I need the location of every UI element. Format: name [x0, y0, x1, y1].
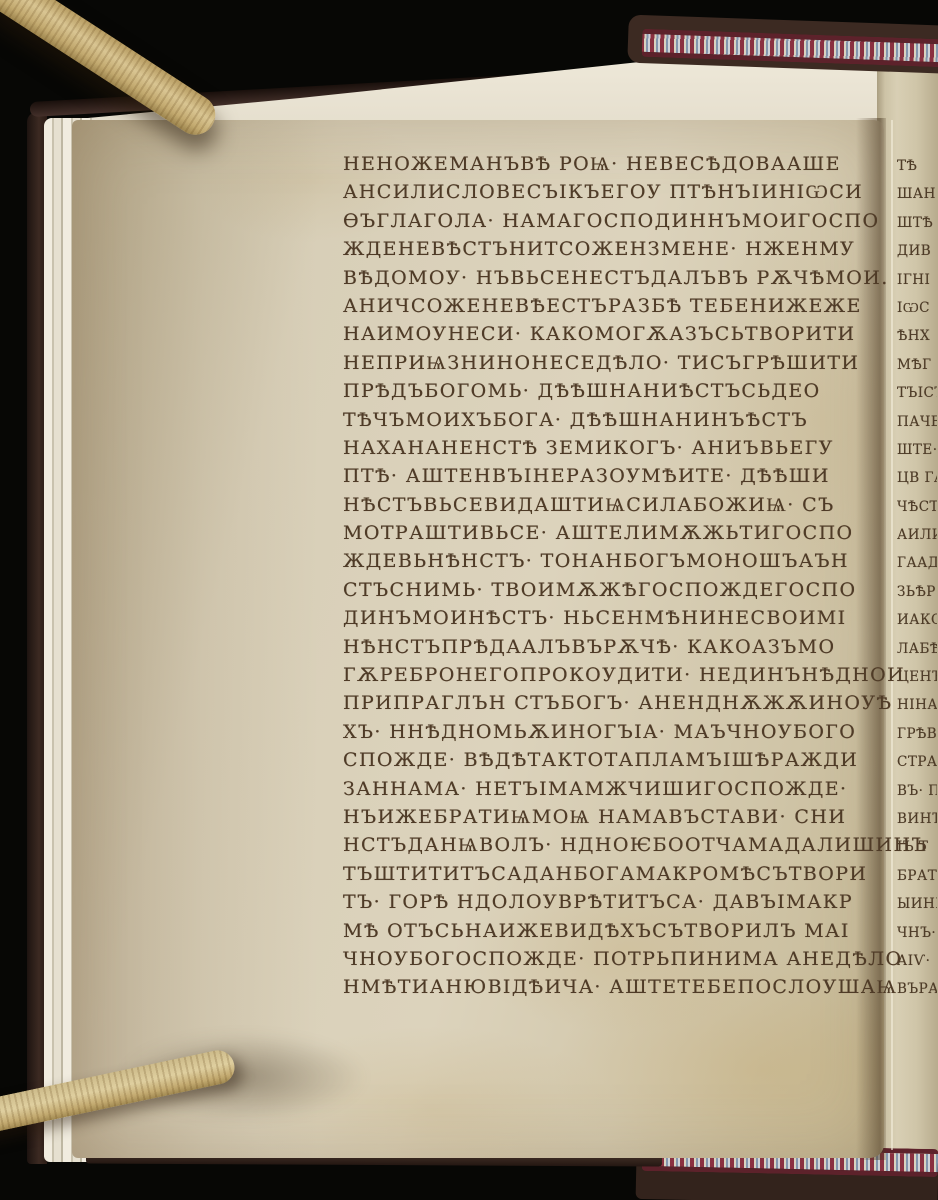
manuscript-line: ТЪШТИТИТЪСАДАНБОГАМАКРОМѢСЪТВОРИ: [343, 860, 891, 888]
right-page-edge-text: ТѢ ШАН ШТѢ ДИВ ІГНІ ІѠС ѢНХ МѢГ ТЪІСТ ПА…: [897, 152, 937, 1004]
manuscript-text-block: НЕНОЖЕМАНЪВѢ РОѨ· НЕВЕСѢДОВААШЕ АНСИЛИСЛ…: [343, 150, 891, 1002]
manuscript-line: НАИМОУНЕСИ· КАКОМОГѪАЗЪСЬТВОРИТИ: [343, 320, 891, 348]
edge-text-fragment: ІѠС: [897, 294, 937, 322]
manuscript-line: ТѢЧЪМОИХЪБОГА· ДѢѢШНАНИНЪѢСТЪ: [343, 406, 891, 434]
manuscript-line: ХЪ· ННѢДНОМЬѪИНОГЪІА· МАЪЧНОУБОГО: [343, 718, 891, 746]
edge-text-fragment: ШАН: [897, 180, 937, 208]
manuscript-line: СТЪСНИМЬ· ТВОИМѪЖѢГОСПОЖДЕГОСПО: [343, 576, 891, 604]
edge-text-fragment: ЧѢСТ: [897, 493, 937, 521]
manuscript-line: НАХАНАНЕНСТѢ ЗЕМИКОГЪ· АНИЪВЬЕГУ: [343, 434, 891, 462]
edge-text-fragment: МѢГ: [897, 351, 937, 379]
manuscript-photo-scene: НЕНОЖЕМАНЪВѢ РОѨ· НЕВЕСѢДОВААШЕ АНСИЛИСЛ…: [0, 0, 938, 1200]
edge-text-fragment: ШТѢ: [897, 209, 937, 237]
edge-text-fragment: БРАТХ: [897, 862, 937, 890]
manuscript-line: НѢСТЪВЬСЕВИДАШТИѨСИЛАБОЖИѨ· СЪ: [343, 491, 891, 519]
manuscript-line: НЕПРИѨЗНИНОНЕСЕДѢЛО· ТИСЪГРѢШИТИ: [343, 349, 891, 377]
manuscript-line: ТЪ· ГОРѢ НДОЛОУВРѢТИТЪСА· ДАВЪІМАКР: [343, 888, 891, 916]
manuscript-line: ѲЪГЛАГОЛА· НАМАГОСПОДИННЪМОИГОСПО: [343, 207, 891, 235]
manuscript-line: АНИЧСОЖЕНЕВѢЕСТЪРАЗБѢ ТЕБЕНИЖЕЖЕ: [343, 292, 891, 320]
manuscript-line: ЖДЕВЬНѢНСТЪ· ТОНАНБОГЪМОНОШЪАЪН: [343, 547, 891, 575]
edge-text-fragment: ЗЬѢР: [897, 578, 937, 606]
edge-text-fragment: ВИНЪ: [897, 805, 937, 833]
edge-text-fragment: АІѴ·: [897, 947, 937, 975]
manuscript-line: НЕНОЖЕМАНЪВѢ РОѨ· НЕВЕСѢДОВААШЕ: [343, 150, 891, 178]
edge-text-fragment: ВЪ· П: [897, 777, 937, 805]
edge-text-fragment: ЫИНІ: [897, 890, 937, 918]
edge-text-fragment: СТРАХ: [897, 748, 937, 776]
edge-text-fragment: ГААД: [897, 549, 937, 577]
manuscript-line: АНСИЛИСЛОВЕСЪІКЪЕГОУ ПТѢНЪІИНІѠСИ: [343, 178, 891, 206]
edge-text-fragment: ІЪ Т: [897, 833, 937, 861]
manuscript-line: МѢ ОТЪСЬНАИЖЕВИДѢХЪСЪТВОРИЛЪ МАІ: [343, 917, 891, 945]
manuscript-line: НСТЪДАНѨВОЛЪ· НДНОѤБООТЧАМАДАЛИШИНЪ: [343, 831, 891, 859]
page-gutter-shadow: [72, 120, 362, 1158]
manuscript-line: ПТѢ· АШТЕНВЪІНЕРАЗОУМѢИТЕ· ДѢѢШИ: [343, 462, 891, 490]
manuscript-line: ПРѢДЪБОГОМЬ· ДѢѢШНАНИѢСТЪСЬДЕО: [343, 377, 891, 405]
manuscript-line: НМѢТИАНЮВІДѢИЧА· АШТЕТЕБЕПОСЛОУШАѨ: [343, 973, 891, 1001]
edge-text-fragment: ІГНІ: [897, 266, 937, 294]
edge-text-fragment: НІНА: [897, 691, 937, 719]
manuscript-line: ВѢДОМОУ· НЪВЬСЕНЕСТЪДАЛЪВЪ РѪЧѢМОИ.: [343, 264, 891, 292]
edge-text-fragment: ШТЕ·: [897, 436, 937, 464]
manuscript-line: НѢНСТЪПРѢДААЛЪВЪРѪЧѢ· КАКОАЗЪМО: [343, 633, 891, 661]
edge-text-fragment: ЦВ ГА: [897, 464, 937, 492]
manuscript-line: ПРИПРАГЛЪН СТЪБОГЪ· АНЕНДНѪЖѪИНОУѢ: [343, 689, 891, 717]
edge-text-fragment: ВЪРА: [897, 975, 937, 1003]
manuscript-line: ГѪРЕБРОНЕГОПРОКОУДИТИ· НЕДИНЪНѢДНОИ: [343, 661, 891, 689]
manuscript-line: НЪИЖЕБРАТИѨМОѨ НАМАВЪСТАВИ· СНИ: [343, 803, 891, 831]
manuscript-line: ЖДЕНЕВѢСТЪНИТСОЖЕНЗМЕНЕ· НЖЕНМУ: [343, 235, 891, 263]
edge-text-fragment: ѢНХ: [897, 322, 937, 350]
manuscript-line: МОТРАШТИВЬСЕ· АШТЕЛИМѪЖЬТИГОСПО: [343, 519, 891, 547]
edge-text-fragment: ДИВ: [897, 237, 937, 265]
edge-text-fragment: ИАКО: [897, 606, 937, 634]
manuscript-line: ЧНОУБОГОСПОЖДЕ· ПОТРЬПИНИМА АНЕДѢЛО: [343, 945, 891, 973]
edge-text-fragment: ЛАБѢ: [897, 635, 937, 663]
edge-text-fragment: АИЛИ: [897, 521, 937, 549]
manuscript-line: ДИНЪМОИНѢСТЪ· НЬСЕНМѢНИНЕСВОИМІ: [343, 604, 891, 632]
edge-text-fragment: ТЪІСТ: [897, 379, 937, 407]
edge-text-fragment: ПАЧЕ: [897, 408, 937, 436]
manuscript-line: ЗАННАМА· НЕТЪІМАМЖЧИШИГОСПОЖДЕ·: [343, 775, 891, 803]
edge-text-fragment: ГРѢВ: [897, 720, 937, 748]
edge-text-fragment: ТѢ: [897, 152, 937, 180]
edge-text-fragment: ЦЕНЪ: [897, 663, 937, 691]
edge-text-fragment: ЧНЪ·: [897, 919, 937, 947]
manuscript-line: СПОЖДЕ· ВѢДѢТАКТОТАПЛАМЪІШѢРАЖДИ: [343, 746, 891, 774]
